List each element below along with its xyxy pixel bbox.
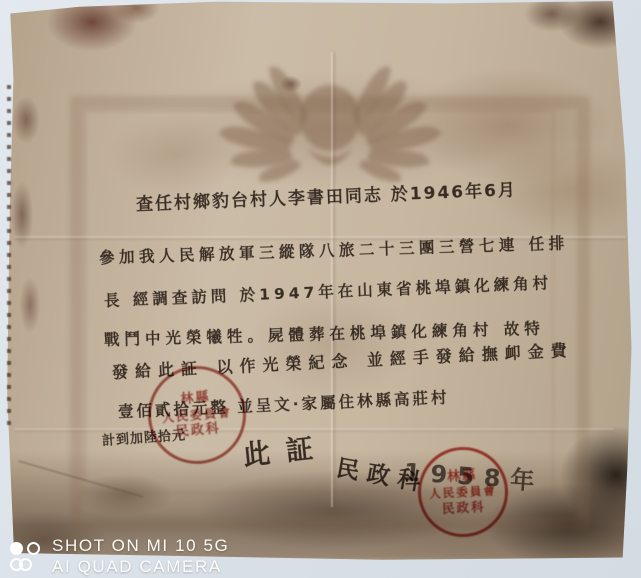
torn-edge-perforation (7, 85, 11, 430)
photo-of-certificate: 林縣 人民委員會 民政科 林縣 人民委員會 民政科 查任村鄉豹台村人李書田同志 … (0, 0, 641, 578)
watermark-line1: SHOT ON MI 10 5G (52, 536, 229, 556)
camera-watermark: SHOT ON MI 10 5G AI QUAD CAMERA (10, 536, 229, 577)
seal-text: 民政科 (442, 498, 486, 516)
mi-logo-icon (10, 542, 40, 555)
quad-camera-infinity-icon (10, 558, 40, 571)
watermark-icons (10, 542, 40, 571)
header-wreath-emblem-icon (195, 52, 465, 194)
watermark-line2: AI QUAD CAMERA (52, 557, 229, 577)
